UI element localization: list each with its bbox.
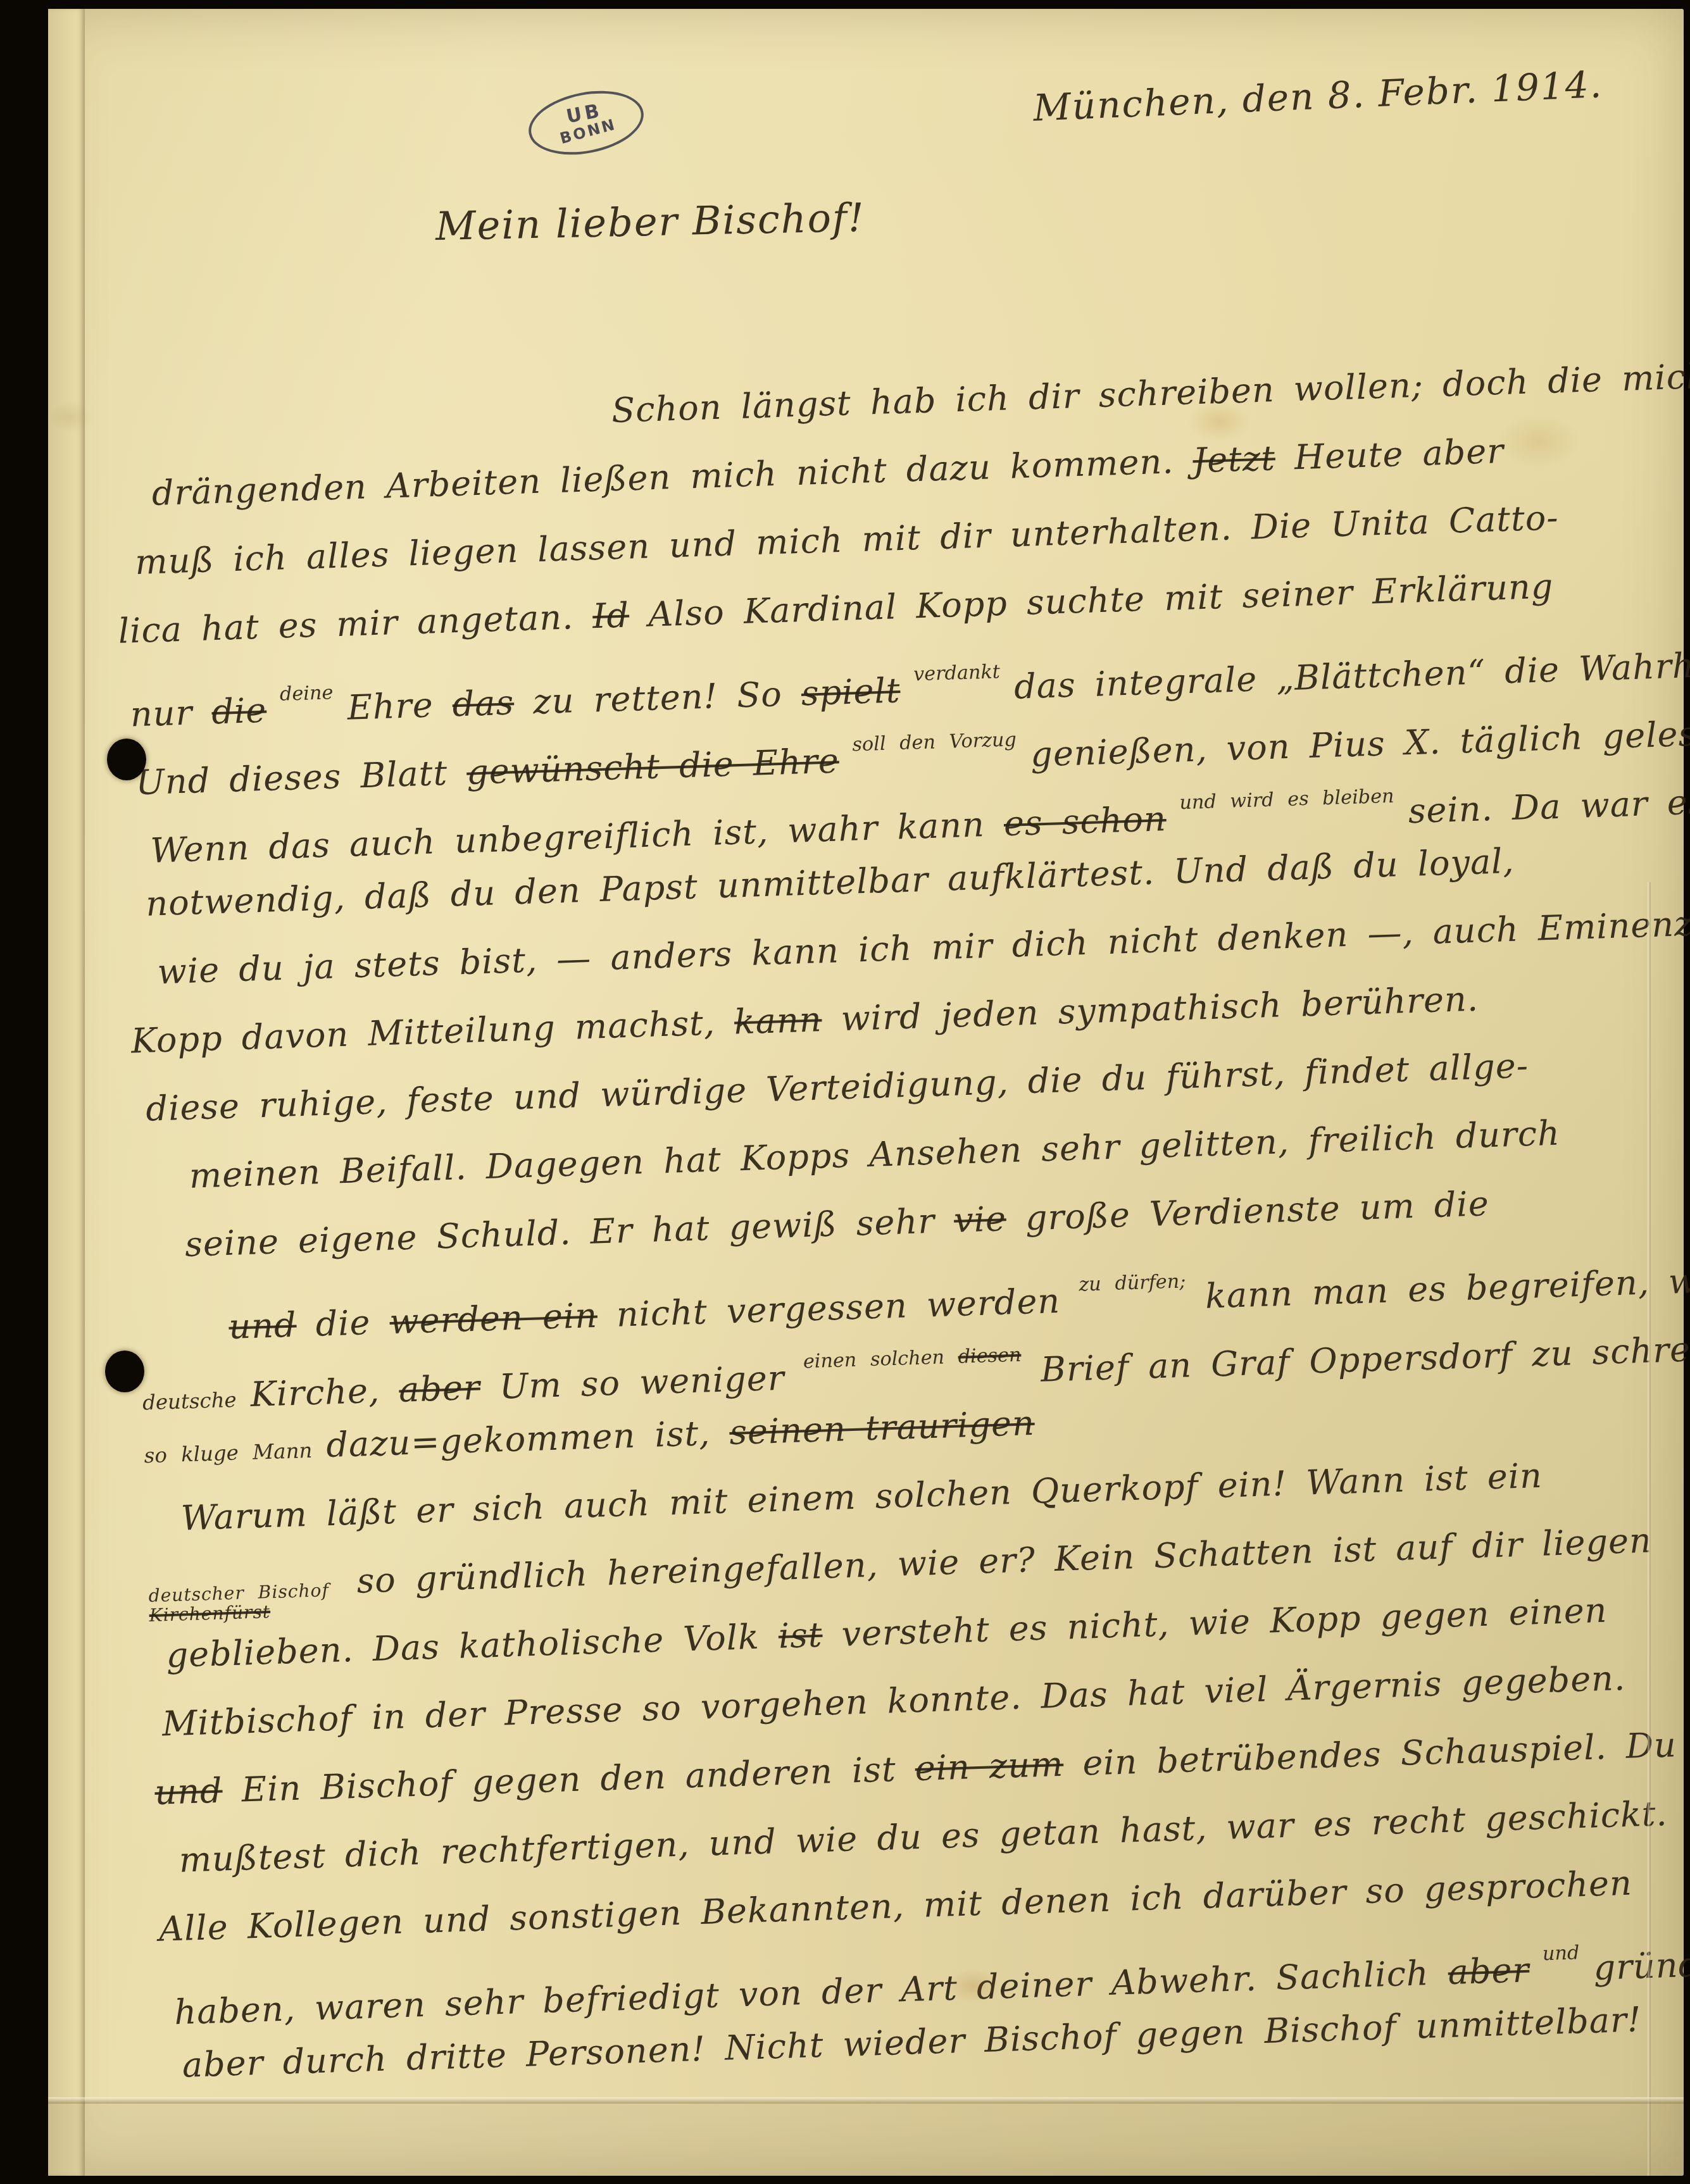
letter-text: sein. Da war es [1408, 782, 1690, 831]
letter-text: deutsche [142, 1387, 251, 1414]
fold-crease-vertical [1648, 882, 1651, 2176]
insertion-text: und wird es bleiben [1165, 785, 1408, 814]
letter-text: seine eigene Schuld. Er hat gewiß sehr [184, 1201, 955, 1264]
struck-text: ist [778, 1615, 823, 1656]
struck-text: kann [734, 999, 822, 1042]
library-stamp: UB BONN [523, 82, 649, 163]
struck-text: und [154, 1771, 223, 1813]
struck-text: es schon [1003, 799, 1167, 844]
struck-text: spielt [801, 670, 901, 713]
insertion-text: zu dürfen; [1079, 1270, 1186, 1295]
struck-text: seinen traurigen [729, 1403, 1035, 1452]
struck-text: aber [1448, 1950, 1530, 1992]
letter-body: Schon längst hab ich dir schreiben wolle… [111, 346, 1690, 2102]
struck-text: und [228, 1305, 297, 1347]
hole-punch-top [107, 739, 146, 780]
insertion-text: einen solchen [803, 1346, 958, 1373]
letter-text: gründlich, [1593, 1942, 1690, 1988]
struck-text: Id [592, 595, 630, 636]
fold-crease-horizontal [48, 2097, 1684, 2104]
letter-text: versteht es nicht, wie Kopp gegen einen [822, 1590, 1608, 1655]
letter-text: Heute aber [1275, 431, 1505, 478]
letter-text: geblieben. Das katholische Volk [166, 1616, 779, 1675]
letter-page: UB BONN München, den 8. Febr. 1914. Mein… [48, 9, 1684, 2176]
letter-text: Kopp davon Mitteilung machst, [130, 1002, 735, 1061]
struck-text: vie [953, 1199, 1007, 1240]
letter-text: ein betrübendes Schauspiel. Du [1063, 1725, 1677, 1783]
letter-text: nur [130, 692, 212, 735]
struck-text: ein zum [915, 1744, 1064, 1788]
struck-text: aber [398, 1368, 480, 1410]
struck-text: werden ein [389, 1295, 598, 1342]
salutation: Mein lieber Bischof! [435, 194, 865, 249]
struck-text: Jetzt [1192, 438, 1275, 480]
struck-text: diesen [958, 1344, 1022, 1368]
letter-text: dazu=gekommen ist, [325, 1413, 730, 1465]
insertion-text: soll den Vorzug [838, 728, 1030, 756]
letter-text: wird jeden sympathisch berühren. [821, 979, 1479, 1040]
page-left-edge [48, 9, 85, 2176]
insertion-text: und [1529, 1942, 1594, 1966]
letter-text: die [296, 1302, 390, 1345]
struck-text: die [211, 690, 267, 732]
letter-text: große Verdienste um die [1006, 1183, 1490, 1239]
letter-text: Ein Bischof gegen den anderen ist [222, 1749, 916, 1810]
insertion-text: deine [266, 682, 347, 706]
insertion-text: verdankt [899, 660, 1014, 686]
date-line: München, den 8. Febr. 1914. [1032, 63, 1603, 130]
struck-text: das [452, 682, 515, 724]
hole-punch-bottom [105, 1351, 144, 1392]
letter-text: Ehre [347, 685, 453, 728]
fold-shadow-area [48, 2104, 1684, 2176]
letter-text: Kirche, [250, 1370, 400, 1414]
letter-text: lica hat es mir angetan. [118, 596, 593, 651]
scan-background: { "scan": { "background_color": "#0a0703… [0, 0, 1690, 2184]
letter-text: so kluge Mann [144, 1438, 327, 1468]
